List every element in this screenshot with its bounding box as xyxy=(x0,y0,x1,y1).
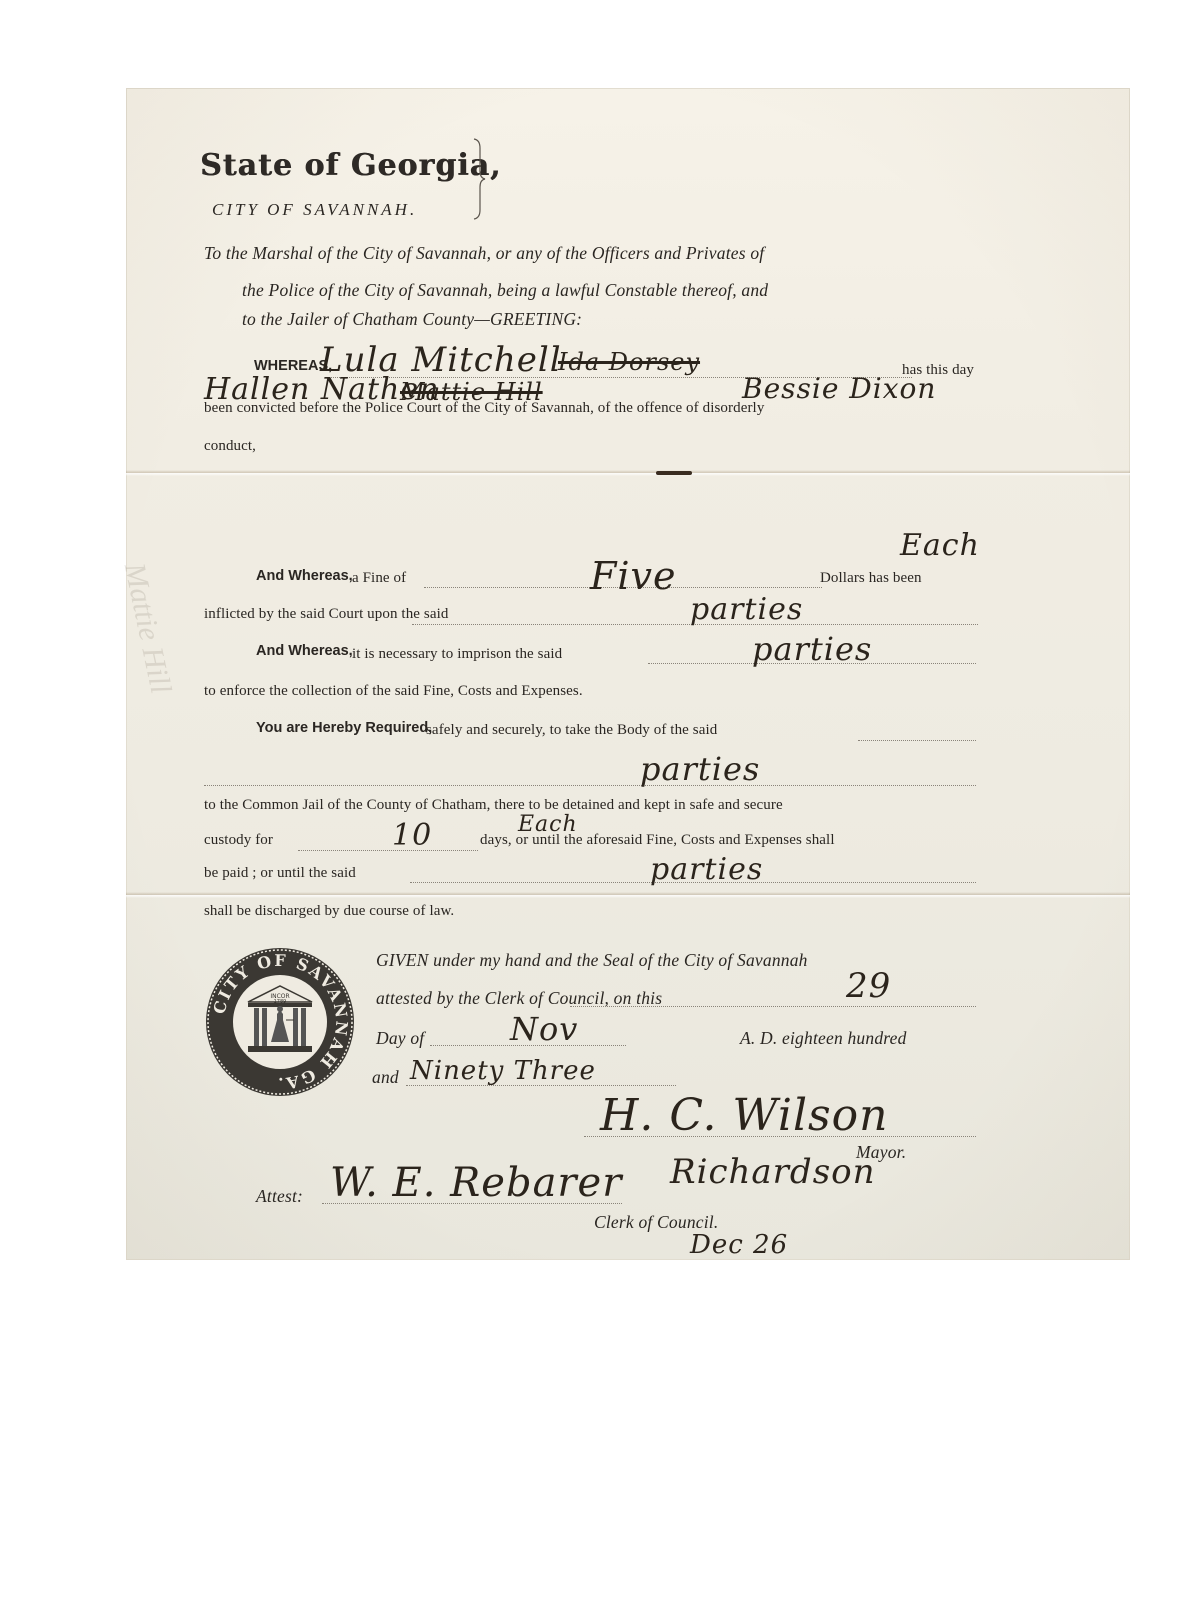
brace-icon xyxy=(472,138,486,220)
custody-days-line xyxy=(298,850,478,851)
fine-text-a: a Fine of xyxy=(352,570,406,587)
clerk-signature: W. E. Rebarer xyxy=(330,1160,622,1206)
custody-days-value: 10 xyxy=(392,818,432,853)
custody-suffix: days, or until the aforesaid Fine, Costs… xyxy=(480,832,835,849)
attest-label: Attest: xyxy=(256,1186,303,1207)
fine-line-2: inflicted by the said Court upon the sai… xyxy=(204,606,448,623)
imprison-party: parties xyxy=(752,630,872,668)
fold-line-lower xyxy=(126,892,1130,898)
city-title: CITY OF SAVANNAH. xyxy=(212,200,417,220)
imprison-label: And Whereas, xyxy=(256,643,353,659)
clerk-note: Dec 26 xyxy=(690,1230,788,1260)
fine-label: And Whereas, xyxy=(256,568,353,584)
required-party: parties xyxy=(640,750,760,788)
state-title: State of Georgia, xyxy=(200,148,502,183)
required-party-line xyxy=(204,785,976,786)
city-seal-icon: CITY OF SAVANNAH GA. INCOR 1789 xyxy=(204,946,356,1098)
fold-tear xyxy=(656,471,692,475)
fine-text-b: Dollars has been xyxy=(820,570,922,587)
mayor-signature: H. C. Wilson xyxy=(600,1090,888,1141)
imprison-text: it is necessary to imprison the said xyxy=(352,646,562,663)
required-line-3: to the Common Jail of the County of Chat… xyxy=(204,797,783,814)
clerk-overwrite-signature: Richardson xyxy=(670,1152,876,1192)
given-line-1: GIVEN under my hand and the Seal of the … xyxy=(376,950,808,971)
day-of-label: Day of xyxy=(376,1028,424,1049)
whereas-line-3: conduct, xyxy=(204,438,256,455)
fold-line-upper xyxy=(126,470,1130,476)
paid-party: parties xyxy=(650,852,763,887)
salutation-line-1: To the Marshal of the City of Savannah, … xyxy=(204,243,764,264)
required-line-1-dots xyxy=(858,740,976,741)
imprison-line-2: to enforce the collection of the said Fi… xyxy=(204,683,583,700)
given-day-value: 29 xyxy=(846,966,891,1006)
and-label: and xyxy=(372,1067,399,1088)
paid-label: be paid ; or until the said xyxy=(204,865,356,882)
required-label: You are Hereby Required, xyxy=(256,720,432,736)
given-day-line xyxy=(570,1006,976,1007)
given-month-value: Nov xyxy=(510,1010,578,1048)
salutation-line-3: to the Jailer of Chatham County—GREETING… xyxy=(242,309,582,330)
required-text: safely and securely, to take the Body of… xyxy=(426,722,717,739)
convict-name-3: Bessie Dixon xyxy=(742,372,936,405)
fine-party: parties xyxy=(690,592,803,627)
salutation-line-2: the Police of the City of Savannah, bein… xyxy=(242,280,768,301)
whereas-line-2: been convicted before the Police Court o… xyxy=(204,400,764,417)
ad-text: A. D. eighteen hundred xyxy=(740,1028,907,1049)
convict-name-struck-1: Ida Dorsey xyxy=(558,348,700,376)
discharge-line: shall be discharged by due course of law… xyxy=(204,903,454,920)
fine-amount: Five xyxy=(590,554,676,598)
custody-label: custody for xyxy=(204,832,273,849)
given-year-value: Ninety Three xyxy=(410,1056,596,1086)
fine-insert-each: Each xyxy=(900,528,980,563)
